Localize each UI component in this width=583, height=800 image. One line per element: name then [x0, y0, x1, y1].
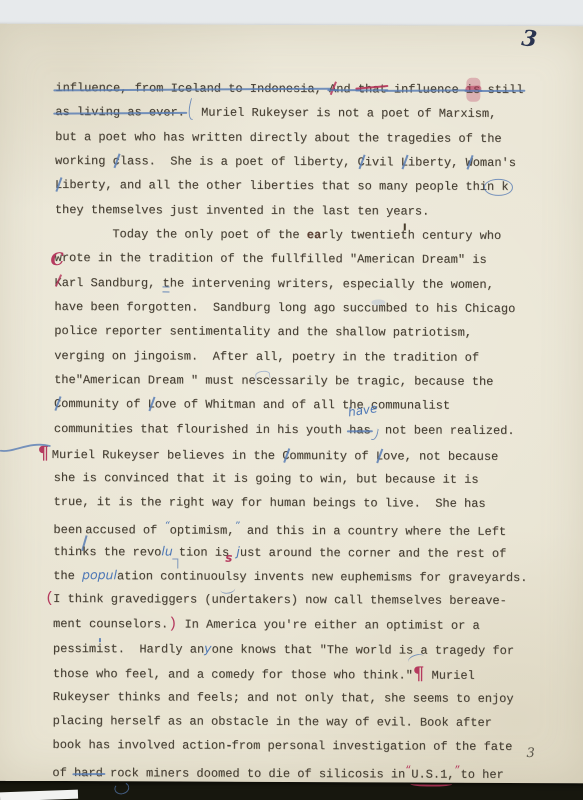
typescript-line: Karl Sandburg, the intervening writers, …	[54, 271, 528, 297]
pilcrow-mark: ¶	[413, 663, 425, 687]
text-segment: ommunity of	[61, 397, 147, 411]
text-segment: lass. She is a poet of liberty,	[120, 154, 358, 169]
typescript-line: (I think gravediggers (undertakers) now …	[53, 587, 527, 613]
typescript-line: communities that flourished in his youth…	[54, 417, 528, 443]
typescript-line: Community of Love of Whitman and of all …	[54, 392, 528, 418]
text-segment: L	[55, 173, 62, 197]
scan-background-corner	[0, 790, 78, 800]
text-segment: invents new euphemisms for graveyards.	[247, 570, 528, 585]
paper-sheet: 3 3 have C s influence, from Iceland to …	[0, 24, 583, 784]
text-segment: iberty,	[408, 156, 466, 170]
typescript-line: Liberty, and all the other liberties tha…	[55, 173, 529, 199]
text-segment: ivil	[365, 155, 401, 169]
text-segment: st. Hardly an	[103, 642, 204, 656]
typescript-body: influence, from Iceland to Indonesia, An…	[52, 76, 529, 784]
typescript-line: Rukeyser thinks and feels; and not only …	[53, 685, 527, 711]
text-segment: he intervening writers, especially the w…	[170, 276, 494, 291]
typescript-line: the"American Dream " must nescessarily b…	[54, 368, 528, 394]
text-segment: rock	[110, 761, 139, 785]
text-segment: Rukeyser thinks and feels; and not only …	[53, 690, 514, 706]
text-segment: but a poet who has written directly abou…	[55, 130, 502, 146]
text-segment: t	[400, 224, 407, 248]
text-segment: Muriel Rukeyser is not a poet of Marxism…	[194, 106, 497, 121]
text-segment: C	[357, 150, 364, 174]
typescript-line: they themselves just invented in the las…	[55, 198, 529, 224]
inserted-quote: ”	[454, 759, 460, 783]
typescript-line: beenaccused of “optimism,” and this in a…	[53, 514, 527, 540]
text-segment: rly twentie	[321, 228, 400, 242]
typescript-line: but a poet who has written directly abou…	[55, 125, 529, 151]
text-segment: K	[54, 271, 61, 295]
typescript-line: influence, from Iceland to Indonesia, An…	[55, 76, 529, 102]
text-segment: sc	[256, 369, 271, 393]
typescript-line: book has involved action-from personal i…	[52, 733, 526, 759]
text-segment: Muriel	[424, 669, 474, 683]
handwritten-correction-c: C	[50, 249, 65, 270]
typescript-line: verging on jingoism. After all, poetry i…	[54, 344, 528, 370]
text-segment: as living as ever.	[55, 100, 185, 125]
text-segment: true, it is the right way for human bein…	[54, 495, 486, 511]
text-segment: they themselves just invented in the las…	[55, 203, 430, 219]
text-segment: I think gravediggers (undertakers) now c…	[53, 592, 507, 608]
typescript-line: ment counselors.) In America you're eith…	[53, 612, 527, 638]
typescript-line: wrote in the tradition of the fullfilled…	[55, 246, 529, 272]
typescript-line: true, it is the right way for human bein…	[54, 490, 528, 516]
text-segment: iberty, and all the other liberties that…	[62, 178, 487, 194]
text-segment	[185, 101, 194, 121]
typescript-line: placing herself as an obstacle in the wa…	[53, 709, 527, 735]
text-segment: essarily be tragic, because the	[270, 374, 493, 389]
typescript-line: police reporter sentimentality and the s…	[54, 319, 528, 345]
text-segment: Muriel Rukeyser believes in the	[52, 448, 282, 463]
typescript-line: as living as ever. Muriel Rukeyser is no…	[55, 100, 529, 126]
inserted-paren-close: )	[168, 612, 177, 636]
text-segment: she is convinced that it is going to win…	[54, 470, 479, 486]
text-segment: C	[282, 444, 289, 468]
text-segment: oman's	[473, 156, 516, 170]
inserted-quote: “	[164, 515, 169, 539]
text-segment: ust around the corner and the rest of	[240, 545, 507, 560]
text-segment: bed to his Chicago	[386, 302, 516, 317]
text-segment: h century who	[408, 229, 502, 243]
text-segment: and this in a country where the Left	[240, 524, 507, 539]
typescript-line: the population continuoulsy invents new …	[53, 563, 527, 589]
text-segment: ove of Whitman and of all the communalis…	[155, 398, 450, 413]
text-segment: accused of	[85, 523, 164, 537]
text-segment: U.S.1,	[411, 762, 454, 787]
text-segment: thinks the revo	[53, 544, 161, 558]
text-segment: book has involved action	[52, 738, 225, 753]
text-segment: ea	[307, 223, 322, 247]
text-segment: still	[480, 78, 523, 103]
typescript-line: working class. She is a poet of liberty,…	[55, 149, 529, 175]
typescript-line: of hard rock miners doomed to die of sil…	[52, 758, 526, 784]
typescript-line: ¶Muriel Rukeyser believes in the Communi…	[54, 441, 528, 467]
text-segment: lu	[161, 539, 173, 563]
text-segment: n k	[487, 175, 509, 199]
text-segment: influence	[387, 77, 466, 102]
text-segment: y	[204, 637, 212, 661]
text-segment: -	[225, 734, 231, 758]
text-segment: popul	[82, 563, 117, 587]
text-segment: communities that flourished in his youth	[54, 422, 349, 437]
text-segment: the	[53, 569, 82, 583]
text-segment: one knows that "The world is a tragedy f…	[212, 643, 515, 658]
typescript-line: Today the only poet of the early twentie…	[55, 222, 529, 248]
typescript-line: have been forgotten. Sandburg long ago s…	[54, 295, 528, 321]
text-segment: j	[236, 539, 240, 563]
text-segment: of	[52, 766, 74, 780]
typescript-line: she is convinced that it is going to win…	[54, 465, 528, 491]
inserted-quote: ”	[234, 515, 239, 539]
text-segment: to her	[460, 767, 503, 781]
text-segment: ulsy	[218, 565, 247, 589]
text-segment: L	[376, 445, 383, 469]
typescript-line: pessimist. Hardly anyone knows that "The…	[53, 636, 527, 662]
text-segment: pessim	[53, 642, 96, 656]
text-segment: wrote in the tradition of the fullfilled…	[55, 251, 487, 267]
text-segment: i	[96, 637, 103, 661]
text-segment: arl Sandburg,	[62, 276, 163, 290]
scanned-manuscript-page: 3 3 have C s influence, from Iceland to …	[0, 0, 583, 800]
text-segment: c	[113, 149, 120, 173]
text-segment: that	[358, 77, 387, 101]
text-segment: ommunity of	[289, 449, 375, 463]
text-segment: um	[371, 296, 386, 320]
text-segment: W	[465, 151, 472, 175]
text-segment: t	[163, 271, 170, 295]
text-segment: hard	[74, 761, 103, 785]
text-segment: been	[53, 523, 82, 537]
text-segment: ment counselors.	[53, 617, 168, 632]
editor-swoosh-mark	[0, 438, 52, 456]
text-segment: L	[401, 151, 408, 175]
text-segment: ove, not because	[383, 450, 498, 465]
handwritten-insertion-s: s	[225, 551, 232, 565]
text-segment: In America you're either an optimist or …	[177, 617, 480, 632]
text-segment: the"American Dream " must ne	[54, 373, 256, 388]
text-segment: those who feel, and a comedy for those w…	[53, 667, 413, 683]
text-segment: police reporter sentimentality and the s…	[54, 324, 472, 340]
text-segment	[371, 428, 378, 440]
page-number-top: 3	[520, 25, 538, 53]
text-segment: miners doomed to die of silicosis in	[139, 766, 406, 781]
text-segment: verging on jingoism. After all, poetry i…	[54, 349, 479, 365]
page-number-bottom: 3	[526, 746, 534, 761]
text-segment: L	[148, 393, 155, 417]
typescript-line: those who feel, and a comedy for those w…	[53, 660, 527, 686]
text-segment: ation continuo	[117, 569, 218, 583]
text-segment: Today the only poet of the	[55, 227, 307, 242]
text-segment: C	[54, 392, 61, 416]
text-segment: from personal investigation of the fate	[232, 739, 513, 754]
text-segment: have been forgotten. Sandburg long ago s…	[54, 300, 371, 315]
text-segment: placing herself as an obstacle in the wa…	[53, 714, 492, 730]
text-segment: not been realized.	[378, 423, 515, 438]
text-segment: working	[55, 154, 113, 168]
inserted-paren-open: (	[45, 587, 53, 611]
text-segment: has	[349, 418, 371, 442]
typescript-line: thinks the revolution is just around the…	[53, 538, 527, 564]
text-segment: optimism,	[170, 524, 235, 538]
